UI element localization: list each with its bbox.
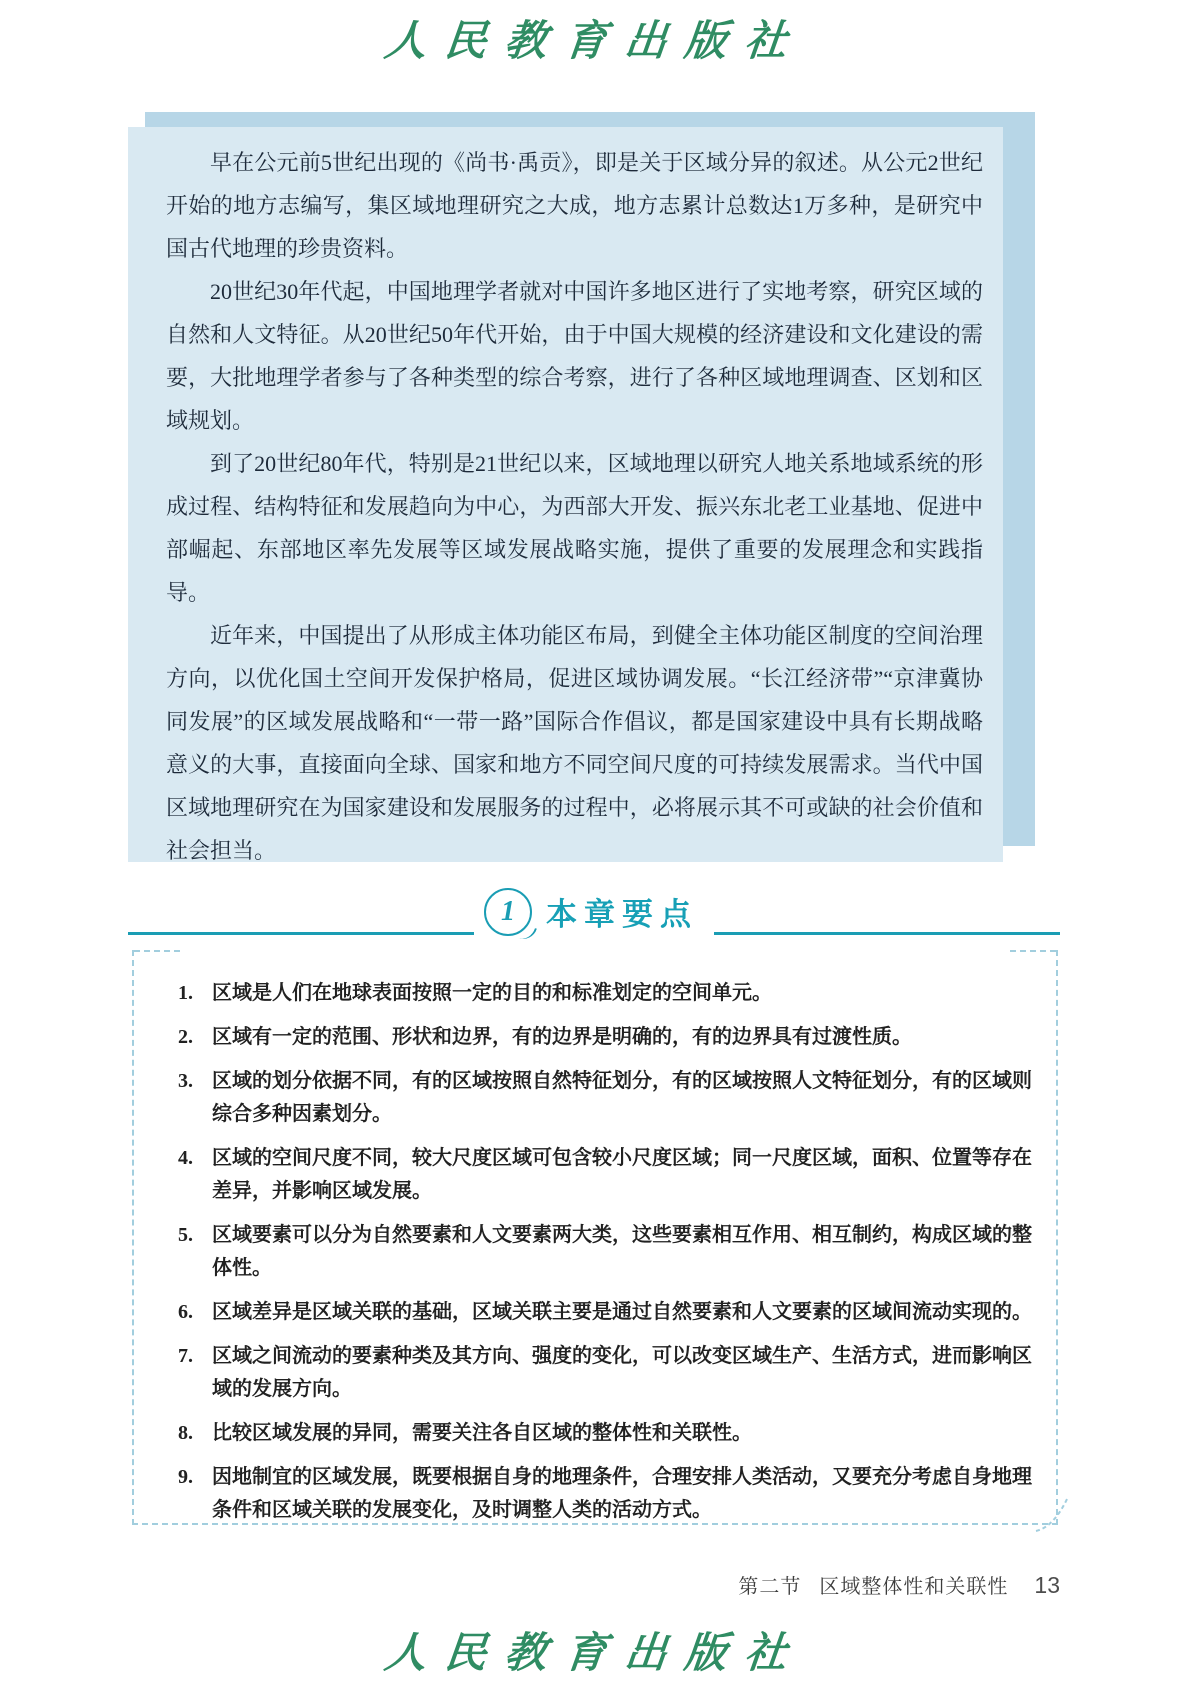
corner-flourish-icon (1032, 1493, 1072, 1533)
key-point-number: 5. (178, 1219, 212, 1285)
key-point-item: 8. 比较区域发展的异同，需要关注各自区域的整体性和关联性。 (178, 1417, 1032, 1450)
publisher-logo-bottom: 人民教育出版社 (0, 1620, 1190, 1680)
key-point-item: 3. 区域的划分依据不同，有的区域按照自然特征划分，有的区域按照人文特征划分，有… (178, 1065, 1032, 1131)
key-point-text: 区域是人们在地球表面按照一定的目的和标准划定的空间单元。 (212, 977, 1032, 1010)
textbook-page: 人民教育出版社 早在公元前5世纪出现的《尚书·禹贡》，即是关于区域分异的叙述。从… (0, 0, 1190, 1683)
key-point-text: 比较区域发展的异同，需要关注各自区域的整体性和关联性。 (212, 1417, 1032, 1450)
key-point-item: 2. 区域有一定的范围、形状和边界，有的边界是明确的，有的边界具有过渡性质。 (178, 1021, 1032, 1054)
key-point-number: 3. (178, 1065, 212, 1131)
key-point-text: 区域的划分依据不同，有的区域按照自然特征划分，有的区域按照人文特征划分，有的区域… (212, 1065, 1032, 1131)
section-title: 本章要点 (546, 898, 698, 932)
key-point-text: 区域差异是区域关联的基础，区域关联主要是通过自然要素和人文要素的区域间流动实现的… (212, 1296, 1032, 1329)
key-point-number: 7. (178, 1340, 212, 1406)
key-point-item: 5. 区域要素可以分为自然要素和人文要素两大类，这些要素相互作用、相互制约，构成… (178, 1219, 1032, 1285)
footer: 第二节区域整体性和关联性13 (128, 1570, 1060, 1599)
footer-section-title: 区域整体性和关联性 (819, 1576, 1008, 1598)
intro-box: 早在公元前5世纪出现的《尚书·禹贡》，即是关于区域分异的叙述。从公元2世纪开始的… (128, 112, 1035, 862)
key-point-number: 6. (178, 1296, 212, 1329)
section-number-badge: 1 (484, 888, 532, 936)
intro-paragraph: 到了20世纪80年代，特别是21世纪以来，区域地理以研究人地关系地域系统的形成过… (166, 442, 983, 614)
key-point-text: 区域之间流动的要素种类及其方向、强度的变化，可以改变区域生产、生活方式，进而影响… (212, 1340, 1032, 1406)
header-rule-left (128, 932, 474, 935)
section-number: 1 (501, 896, 515, 928)
intro-paragraph: 20世纪30年代起，中国地理学者就对中国许多地区进行了实地考察，研究区域的自然和… (166, 270, 983, 442)
key-point-item: 6. 区域差异是区域关联的基础，区域关联主要是通过自然要素和人文要素的区域间流动… (178, 1296, 1032, 1329)
badge-tail-flourish (518, 924, 537, 943)
key-point-item: 4. 区域的空间尺度不同，较大尺度区域可包含较小尺度区域；同一尺度区域，面积、位… (178, 1142, 1032, 1208)
footer-page-number: 13 (1034, 1572, 1060, 1598)
key-point-number: 9. (178, 1461, 212, 1527)
key-point-text: 区域要素可以分为自然要素和人文要素两大类，这些要素相互作用、相互制约，构成区域的… (212, 1219, 1032, 1285)
key-point-item: 7. 区域之间流动的要素种类及其方向、强度的变化，可以改变区域生产、生活方式，进… (178, 1340, 1032, 1406)
key-point-item: 9. 因地制宜的区域发展，既要根据自身的地理条件，合理安排人类活动，又要充分考虑… (178, 1461, 1032, 1527)
intro-paragraph: 近年来，中国提出了从形成主体功能区布局，到健全主体功能区制度的空间治理方向，以优… (166, 614, 983, 872)
intro-paragraph: 早在公元前5世纪出现的《尚书·禹贡》，即是关于区域分异的叙述。从公元2世纪开始的… (166, 141, 983, 270)
key-point-number: 2. (178, 1021, 212, 1054)
intro-box-body: 早在公元前5世纪出现的《尚书·禹贡》，即是关于区域分异的叙述。从公元2世纪开始的… (128, 127, 1003, 862)
key-point-number: 8. (178, 1417, 212, 1450)
key-point-number: 1. (178, 977, 212, 1010)
key-point-number: 4. (178, 1142, 212, 1208)
key-point-item: 1. 区域是人们在地球表面按照一定的目的和标准划定的空间单元。 (178, 977, 1032, 1010)
key-point-text: 区域有一定的范围、形状和边界，有的边界是明确的，有的边界具有过渡性质。 (212, 1021, 1032, 1054)
key-points-box: 1. 区域是人们在地球表面按照一定的目的和标准划定的空间单元。 2. 区域有一定… (132, 950, 1058, 1525)
header-rule-right (714, 932, 1060, 935)
section-header: 1 本章要点 (128, 888, 1060, 942)
footer-section-label: 第二节 (738, 1576, 801, 1598)
key-point-text: 区域的空间尺度不同，较大尺度区域可包含较小尺度区域；同一尺度区域，面积、位置等存… (212, 1142, 1032, 1208)
publisher-logo-top: 人民教育出版社 (0, 8, 1190, 68)
key-point-text: 因地制宜的区域发展，既要根据自身的地理条件，合理安排人类活动，又要充分考虑自身地… (212, 1461, 1032, 1527)
